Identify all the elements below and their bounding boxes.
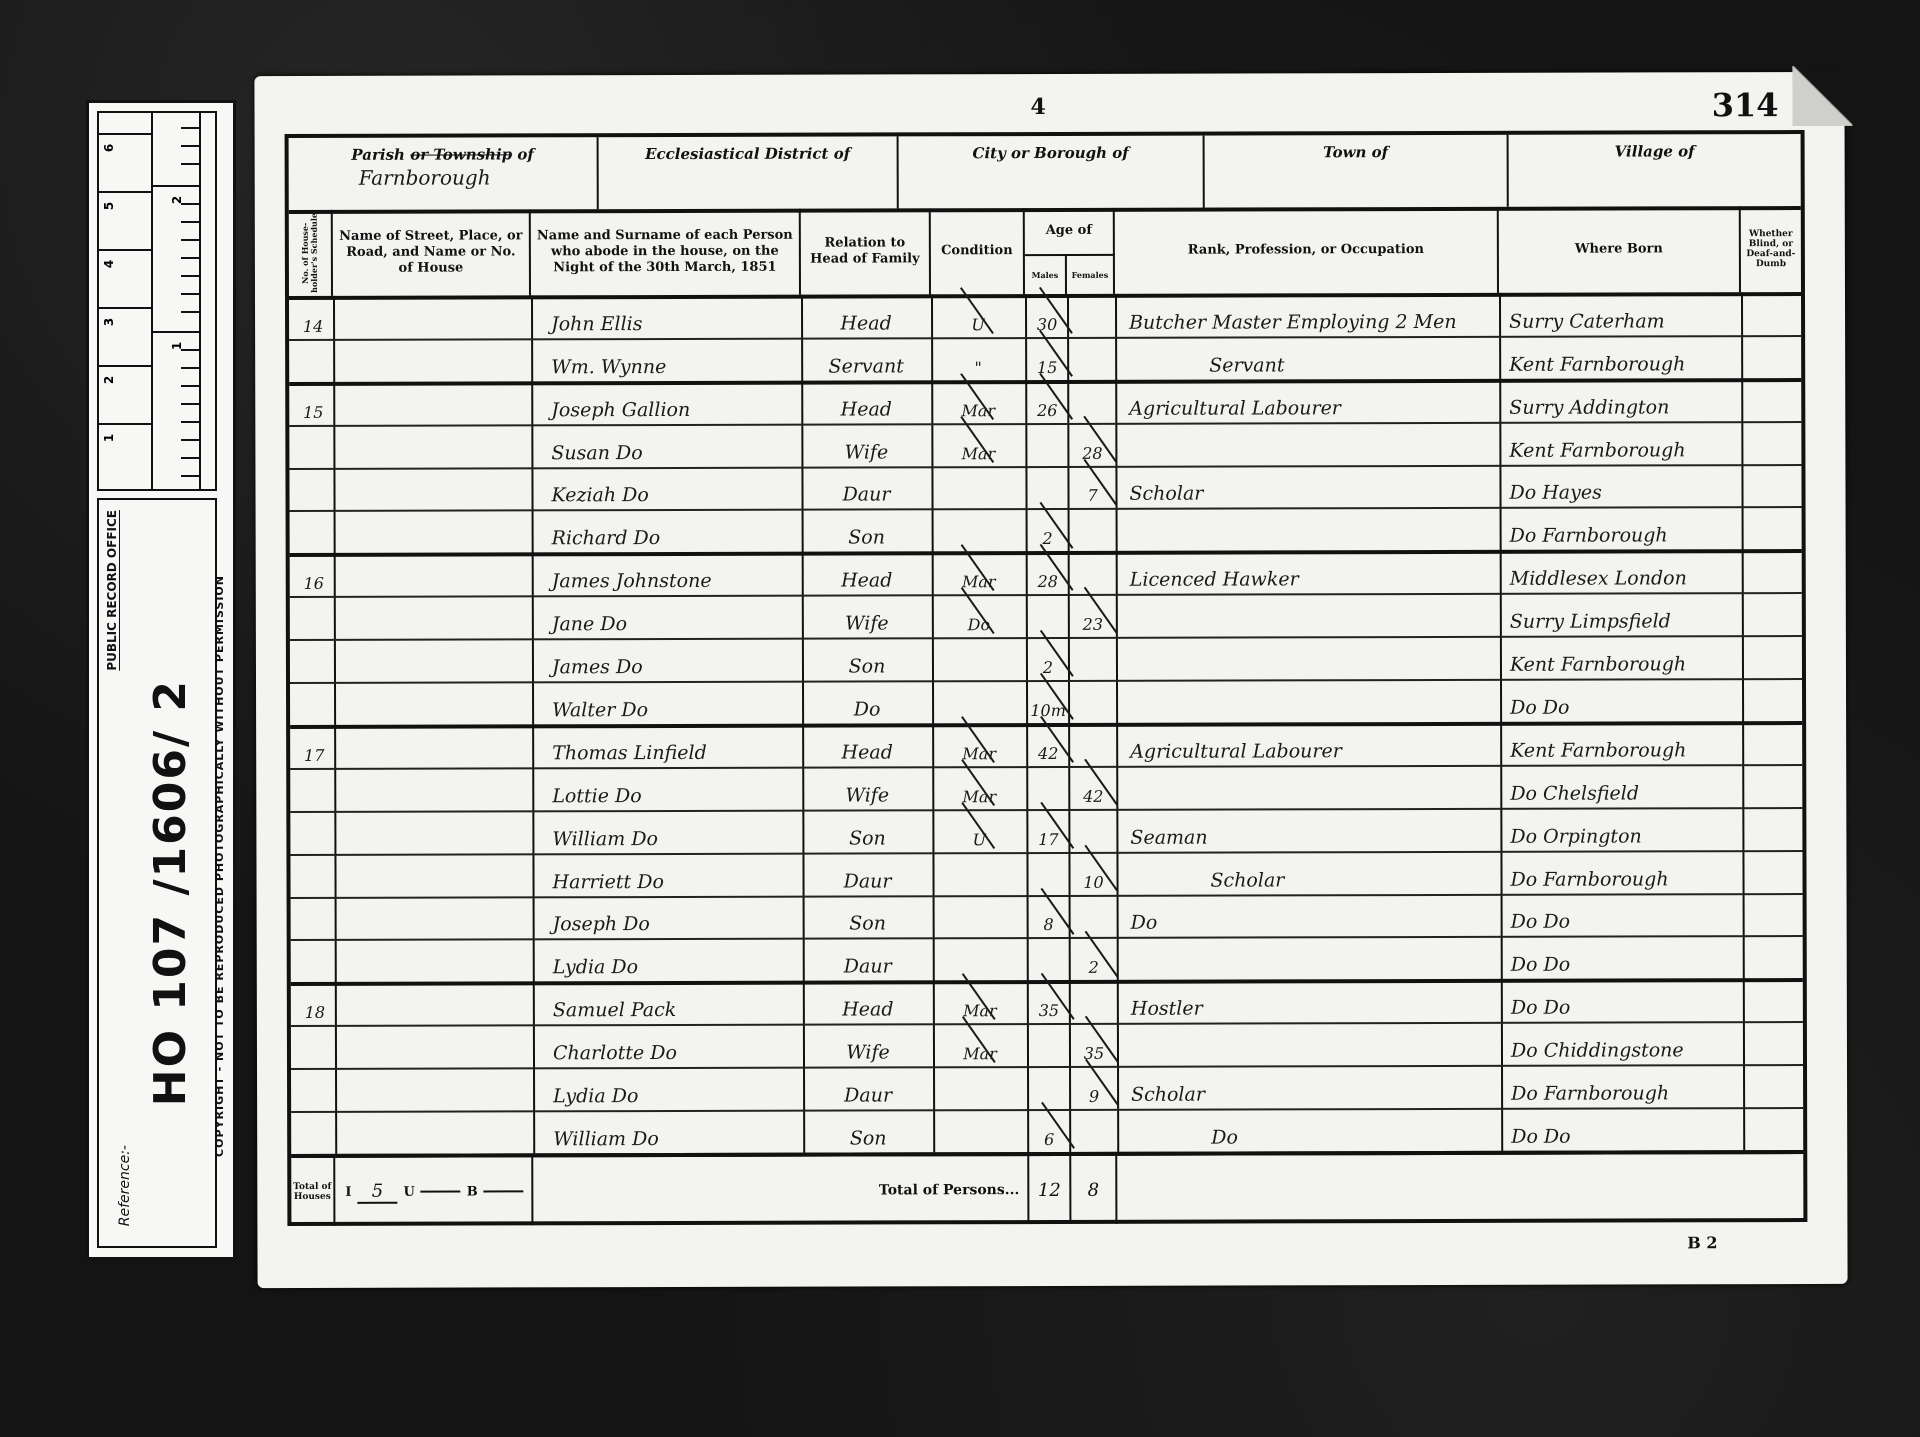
cell-name: Richard Do: [552, 509, 800, 553]
cell-relation: Head: [803, 294, 929, 337]
cell-male-age: [1027, 423, 1067, 466]
cell-condition: [933, 466, 1023, 509]
scale-cm-5: 5: [102, 202, 116, 210]
cell-occupation: Agricultural Labourer: [1130, 722, 1498, 766]
cell-occupation: Scholar: [1130, 851, 1498, 895]
cell-name: Lydia Do: [553, 1067, 801, 1111]
cell-infirmity: [1743, 378, 1801, 421]
cell-relation: Daur: [805, 1067, 931, 1110]
cell-name: John Ellis: [551, 295, 799, 339]
cell-female-age: [1071, 980, 1117, 1023]
cell-name: Lydia Do: [553, 938, 801, 982]
cell-female-age: [1069, 294, 1115, 337]
cell-infirmity: [1744, 721, 1802, 764]
cell-born: Do Do: [1510, 678, 1740, 721]
cell-schedule: [294, 682, 334, 725]
cell-relation: Daur: [804, 852, 930, 895]
cell-schedule: [293, 339, 333, 382]
header-schedule: No. of House-holder's Schedule: [289, 210, 333, 296]
town-label: Town of: [1323, 143, 1388, 161]
header-age-males: Males: [1025, 256, 1067, 294]
cell-street: [338, 510, 528, 553]
cell-name: Joseph Do: [553, 895, 801, 939]
cell-infirmity: [1745, 936, 1803, 979]
cell-name: Susan Do: [551, 423, 799, 467]
cell-infirmity: [1744, 507, 1802, 550]
table-row: Lottie DoWifeMar42Do Chelsfield: [290, 764, 1802, 813]
cell-name: Harriett Do: [552, 852, 800, 896]
cell-name: Lottie Do: [552, 767, 800, 811]
cell-relation: Daur: [805, 938, 931, 981]
cell-male-age: [1028, 852, 1068, 895]
cell-female-age: [1070, 809, 1116, 852]
township-struck-label: or Township: [410, 145, 512, 163]
table-row: James DoSon2Kent Farnborough: [290, 635, 1802, 684]
cell-born: Do Chelsfield: [1510, 764, 1740, 807]
cell-occupation: [1130, 507, 1498, 551]
cell-condition: Do: [934, 594, 1024, 637]
header-condition: Condition: [931, 208, 1025, 294]
cell-street: [337, 467, 527, 510]
cell-name: James Do: [552, 638, 800, 682]
cell-condition: U: [934, 809, 1024, 852]
total-males: 12: [1027, 1156, 1069, 1224]
parish-value: Farnborough: [289, 165, 597, 190]
record-office-label: PUBLIC RECORD OFFICE: [105, 510, 119, 671]
cell-born: Surry Addington: [1509, 378, 1739, 421]
cell-street: [337, 424, 527, 467]
cell-schedule: 18: [295, 982, 335, 1025]
table-row: William DoSonU17SeamanDo Orpington: [290, 807, 1802, 856]
cell-female-age: [1071, 1109, 1117, 1152]
cell-infirmity: [1744, 807, 1802, 850]
measurement-scale: 6 5 4 3 2 1 2 1: [97, 111, 217, 491]
cell-street: [338, 724, 528, 767]
scale-cm-3: 3: [102, 318, 116, 326]
cell-name: Samuel Pack: [553, 981, 801, 1025]
cell-schedule: [294, 854, 334, 897]
table-row: 17Thomas LinfieldHeadMar42Agricultural L…: [290, 721, 1802, 770]
cell-name: William Do: [553, 1110, 801, 1154]
cell-male-age: [1029, 1066, 1069, 1109]
cell-female-age: [1070, 680, 1116, 723]
total-females: 8: [1069, 1156, 1117, 1224]
cell-occupation: Seaman: [1130, 808, 1498, 852]
cell-born: Do Do: [1511, 979, 1741, 1022]
cell-occupation: Servant: [1129, 336, 1497, 380]
cell-street: [338, 810, 528, 853]
inhabited-value: 5: [357, 1180, 397, 1203]
cell-condition: [935, 1109, 1025, 1152]
cell-infirmity: [1744, 850, 1802, 893]
table-row: 16James JohnstoneHeadMar28Licenced Hawke…: [290, 549, 1802, 598]
cell-relation: Head: [804, 552, 930, 595]
column-headers: No. of House-holder's Schedule Name of S…: [289, 206, 1801, 300]
cell-born: Do Do: [1511, 893, 1741, 936]
cell-name: Keziah Do: [551, 466, 799, 510]
cell-infirmity: [1745, 1021, 1803, 1064]
cell-born: Surry Limpsfield: [1510, 592, 1740, 635]
cell-occupation: [1130, 765, 1498, 809]
cell-condition: [934, 509, 1024, 552]
total-houses: I 5 U B: [335, 1157, 533, 1226]
cell-female-age: [1070, 723, 1116, 766]
cell-relation: Do: [804, 680, 930, 723]
cell-schedule: [295, 1068, 335, 1111]
ecclesiastical-district-label: Ecclesiastical District of: [645, 145, 850, 164]
cell-relation: Wife: [804, 595, 930, 638]
cell-relation: Head: [805, 981, 931, 1024]
cell-relation: Wife: [805, 1024, 931, 1067]
reference-code: HO 107 /1606/ 2: [145, 679, 196, 1106]
cell-female-age: [1070, 637, 1116, 680]
cell-condition: [935, 1066, 1025, 1109]
cell-schedule: [294, 510, 334, 553]
city-borough-label: City or Borough of: [972, 144, 1128, 162]
cell-street: [339, 982, 529, 1025]
cell-condition: U: [933, 294, 1023, 337]
cell-condition: Mar: [933, 423, 1023, 466]
cell-relation: Son: [805, 895, 931, 938]
cell-born: Do Hayes: [1509, 464, 1739, 507]
cell-street: [339, 1025, 529, 1068]
cell-name: Wm. Wynne: [551, 338, 799, 382]
census-schedule-table: Parish or Township of Farnborough Eccles…: [285, 130, 1808, 1226]
cell-condition: ": [933, 337, 1023, 380]
page-number: 4: [1030, 94, 1045, 120]
cell-relation: Servant: [803, 337, 929, 380]
cell-occupation: Scholar: [1131, 1065, 1499, 1109]
cell-schedule: [295, 896, 335, 939]
building-label: B: [467, 1184, 478, 1199]
cell-born: Do Do: [1511, 1107, 1741, 1150]
cell-occupation: [1131, 936, 1499, 980]
cell-relation: Son: [805, 1109, 931, 1152]
cell-name: William Do: [552, 809, 800, 853]
cell-name: James Johnstone: [552, 552, 800, 596]
cell-occupation: Scholar: [1129, 464, 1497, 508]
cell-infirmity: [1743, 464, 1801, 507]
cell-born: Kent Farnborough: [1510, 635, 1740, 678]
town-cell: Town of: [1205, 135, 1509, 208]
ecclesiastical-district-cell: Ecclesiastical District of: [599, 136, 899, 209]
table-row: Charlotte DoWifeMar35Do Chiddingstone: [291, 1021, 1803, 1070]
cell-born: Kent Farnborough: [1509, 335, 1739, 378]
cell-infirmity: [1744, 592, 1802, 635]
cell-born: Do Farnborough: [1510, 850, 1740, 893]
cell-relation: Daur: [803, 466, 929, 509]
cell-street: [338, 639, 528, 682]
cell-condition: [934, 852, 1024, 895]
cell-street: [339, 1110, 529, 1153]
cell-infirmity: [1743, 335, 1801, 378]
cell-male-age: [1028, 766, 1068, 809]
table-row: Joseph DoSon8DoDo Do: [291, 893, 1803, 942]
cell-street: [337, 381, 527, 424]
header-occupation: Rank, Profession, or Occupation: [1115, 207, 1499, 294]
cell-condition: [934, 680, 1024, 723]
cell-condition: Mar: [934, 766, 1024, 809]
cell-infirmity: [1744, 635, 1802, 678]
reference-strip: 6 5 4 3 2 1 2 1 PUBLIC RECORD OFFICE HO …: [86, 100, 236, 1260]
table-row: 18Samuel PackHeadMar35HostlerDo Do: [291, 978, 1803, 1027]
cell-schedule: 15: [293, 382, 333, 425]
household-entries: 14John EllisHeadU30Butcher Master Employ…: [289, 292, 1803, 1154]
cell-female-age: [1069, 380, 1115, 423]
scale-cm-2: 2: [102, 376, 116, 384]
header-street: Name of Street, Place, or Road, and Name…: [333, 209, 531, 296]
header-relation: Relation to Head of Family: [801, 208, 931, 294]
uninhabited-value: [421, 1191, 461, 1193]
copyright-notice: COPYRIGHT - NOT TO BE REPRODUCED PHOTOGR…: [213, 575, 226, 1157]
reference-box: PUBLIC RECORD OFFICE HO 107 /1606/ 2 Ref…: [97, 498, 217, 1248]
table-row: Susan DoWifeMar28Kent Farnborough: [289, 421, 1801, 470]
cell-born: Do Farnborough: [1511, 1064, 1741, 1107]
cell-condition: Mar: [933, 380, 1023, 423]
cell-street: [338, 553, 528, 596]
cell-relation: Son: [804, 509, 930, 552]
cell-condition: Mar: [934, 551, 1024, 594]
cell-female-age: [1070, 508, 1116, 551]
cell-infirmity: [1743, 421, 1801, 464]
cell-occupation: Butcher Master Employing 2 Men: [1129, 293, 1497, 337]
table-row: Lydia DoDaur9ScholarDo Farnborough: [291, 1064, 1803, 1113]
cell-infirmity: [1744, 764, 1802, 807]
cell-schedule: [295, 1111, 335, 1154]
building-value: [484, 1190, 524, 1192]
table-row: Jane DoWifeDo23Surry Limpsfield: [290, 592, 1802, 641]
cell-male-age: [1029, 937, 1069, 980]
cell-schedule: [295, 939, 335, 982]
administrative-header: Parish or Township of Farnborough Eccles…: [289, 134, 1801, 214]
cell-street: [339, 939, 529, 982]
reference-label: Reference:-: [117, 1145, 133, 1226]
scale-cm-6: 6: [102, 144, 116, 152]
village-label: Village of: [1615, 142, 1695, 160]
cell-female-age: [1071, 894, 1117, 937]
cell-occupation: [1129, 422, 1497, 466]
cell-male-age: [1029, 1023, 1069, 1066]
table-row: 14John EllisHeadU30Butcher Master Employ…: [289, 292, 1801, 341]
cell-schedule: [294, 768, 334, 811]
table-row: Keziah DoDaur7ScholarDo Hayes: [289, 464, 1801, 513]
cell-name: Charlotte Do: [553, 1024, 801, 1068]
cell-occupation: Licenced Hawker: [1130, 550, 1498, 594]
cell-born: Surry Caterham: [1509, 292, 1739, 335]
cell-born: Do Farnborough: [1510, 507, 1740, 550]
cell-infirmity: [1745, 978, 1803, 1021]
inhabited-label: I: [345, 1184, 351, 1199]
cell-relation: Head: [803, 380, 929, 423]
cell-condition: Mar: [935, 980, 1025, 1023]
cell-occupation: [1131, 1022, 1499, 1066]
cell-occupation: Do: [1131, 893, 1499, 937]
cell-born: Kent Farnborough: [1509, 421, 1739, 464]
cell-infirmity: [1744, 549, 1802, 592]
cell-occupation: [1130, 636, 1498, 680]
census-page: 4 314 Parish or Township of Farnborough …: [254, 72, 1847, 1288]
cell-schedule: 14: [293, 296, 333, 339]
cell-born: Kent Farnborough: [1510, 721, 1740, 764]
village-cell: Village of: [1509, 134, 1801, 207]
cell-condition: [935, 938, 1025, 981]
table-row: Harriett DoDaur10ScholarDo Farnborough: [290, 850, 1802, 899]
cell-schedule: [294, 811, 334, 854]
cell-relation: Wife: [803, 423, 929, 466]
cell-infirmity: [1743, 292, 1801, 335]
cell-relation: Son: [804, 638, 930, 681]
cell-relation: Wife: [804, 766, 930, 809]
cell-condition: Mar: [935, 1023, 1025, 1066]
header-age-females: Females: [1067, 256, 1115, 294]
totals-row: Total of Houses I 5 U B Total of Persons…: [291, 1150, 1803, 1226]
cell-name: Joseph Gallion: [551, 380, 799, 424]
cell-name: Walter Do: [552, 681, 800, 725]
cell-occupation: Hostler: [1131, 979, 1499, 1023]
cell-occupation: Do: [1131, 1108, 1499, 1152]
scale-cm-4: 4: [102, 260, 116, 268]
cell-infirmity: [1744, 678, 1802, 721]
cell-schedule: [294, 596, 334, 639]
parish-of-label: of: [517, 145, 534, 163]
cell-occupation: [1130, 679, 1498, 723]
cell-schedule: 16: [294, 553, 334, 596]
header-infirmity: Whether Blind, or Deaf-and-Dumb: [1741, 206, 1801, 292]
uninhabited-label: U: [403, 1184, 414, 1199]
cell-occupation: [1130, 593, 1498, 637]
table-row: 15Joseph GallionHeadMar26Agricultural La…: [289, 378, 1801, 427]
cell-street: [339, 1068, 529, 1111]
folio-number: 314: [1712, 86, 1779, 124]
cell-relation: Head: [804, 723, 930, 766]
cell-schedule: [295, 1025, 335, 1068]
cell-infirmity: [1745, 1064, 1803, 1107]
header-name: Name and Surname of each Person who abod…: [531, 209, 801, 296]
cell-born: Do Orpington: [1510, 807, 1740, 850]
total-houses-label: Total of Houses: [291, 1158, 335, 1226]
cell-street: [338, 681, 528, 724]
cell-street: [338, 853, 528, 896]
cell-born: Middlesex London: [1510, 550, 1740, 593]
cell-street: [338, 767, 528, 810]
cell-male-age: [1027, 466, 1067, 509]
cell-infirmity: [1745, 893, 1803, 936]
header-age: Age of: [1025, 208, 1115, 256]
form-mark: B 2: [1687, 1233, 1717, 1252]
cell-schedule: 17: [294, 725, 334, 768]
scale-cm-1: 1: [102, 434, 116, 442]
cell-female-age: [1069, 337, 1115, 380]
cell-schedule: [294, 639, 334, 682]
cell-occupation: Agricultural Labourer: [1129, 379, 1497, 423]
parish-label: Parish: [351, 146, 405, 164]
cell-name: Jane Do: [552, 595, 800, 639]
cell-born: Do Do: [1511, 936, 1741, 979]
cell-condition: [935, 895, 1025, 938]
cell-street: [338, 596, 528, 639]
cell-condition: [934, 637, 1024, 680]
cell-born: Do Chiddingstone: [1511, 1021, 1741, 1064]
cell-female-age: [1070, 551, 1116, 594]
cell-name: Thomas Linfield: [552, 724, 800, 768]
cell-relation: Son: [804, 809, 930, 852]
cell-schedule: [293, 425, 333, 468]
header-where-born: Where Born: [1499, 206, 1741, 293]
cell-street: [337, 295, 527, 338]
cell-condition: Mar: [934, 723, 1024, 766]
cell-infirmity: [1745, 1107, 1803, 1150]
cell-male-age: [1028, 594, 1068, 637]
parish-cell: Parish or Township of Farnborough: [289, 137, 599, 210]
cell-schedule: [293, 467, 333, 510]
cell-street: [337, 338, 527, 381]
cell-street: [339, 896, 529, 939]
city-borough-cell: City or Borough of: [899, 136, 1205, 209]
total-persons-label: Total of Persons...: [533, 1156, 1027, 1225]
